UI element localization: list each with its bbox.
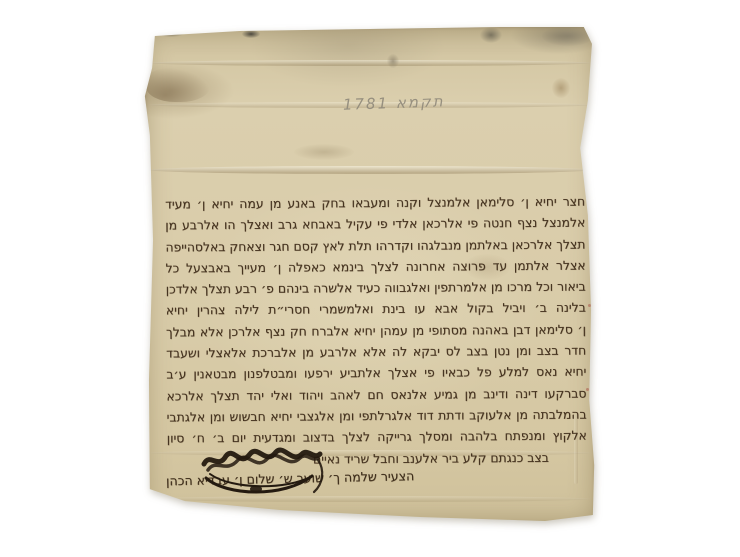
stain-mark (480, 27, 502, 43)
stain-mark (552, 78, 570, 98)
red-speck (586, 388, 589, 391)
manuscript-text-line: תצלך אלרכאן באלתמן מנבלגהו וקדרהו תלת לא… (165, 233, 585, 257)
manuscript-text-line: חצר יחיא ן׳ סלימאן אלמנצל וקנה ומעבאו בח… (165, 191, 585, 215)
manuscript-paper-wrap: 1781 תקמא חצר יחיא ן׳ סלימאן אלמנצל וקנה… (144, 26, 596, 524)
pencil-date-inscription: 1781 תקמא (343, 90, 504, 122)
stain-mark (542, 26, 594, 46)
manuscript-text-line: בהמלבתה מן אלעוקב ודתת דוד אלגרלתפי ומן … (167, 404, 587, 428)
stain-mark (294, 144, 354, 160)
manuscript-text-line: ן׳ סלימאן דבן באהנה מסתופי מן עמהן יחיא … (166, 318, 586, 342)
manuscript-text-line: חדר בצב ומן נטן בצב לס יבקא לה אלא אלרבע… (166, 340, 586, 364)
manuscript-text-line: בלינה ב׳ ויביל בקול אבא עו בינת ואלמשמרי… (166, 297, 586, 321)
manuscript-paper: 1781 תקמא חצר יחיא ן׳ סלימאן אלמנצל וקנה… (144, 26, 596, 524)
stain-mark (387, 54, 399, 68)
manuscript-text-block: חצר יחיא ן׳ סלימאן אלמנצל וקנה ומעבאו בח… (165, 191, 587, 471)
red-speck (588, 304, 591, 307)
scanned-document-image: 1781 תקמא חצר יחיא ן׳ סלימאן אלמנצל וקנה… (0, 0, 740, 557)
crease-line (149, 60, 592, 66)
manuscript-text-line: אצלר אלתמן עד פרוצה אחרונה לצלך בינמא כא… (165, 254, 585, 278)
stain-mark (146, 68, 210, 102)
manuscript-text-line: יחיא נאס למלע פל כבאיו פי אצלך אלתביע יר… (166, 361, 586, 385)
manuscript-text-line: ביאור וכל מרכו מן אלמרתפין ואלגבווה כעיד… (166, 276, 586, 300)
manuscript-text-line: סברקעו דינה ודינב מן גמיע אלנאס חם לאהב … (166, 382, 586, 406)
signature-flourish (196, 444, 328, 500)
stain-mark (242, 30, 260, 38)
manuscript-text-line: אלמנצל נצף חנטה פי אלרכאן אלדי פי עקיל ב… (165, 212, 585, 236)
stain-mark (158, 29, 184, 37)
crease-line (149, 166, 592, 174)
